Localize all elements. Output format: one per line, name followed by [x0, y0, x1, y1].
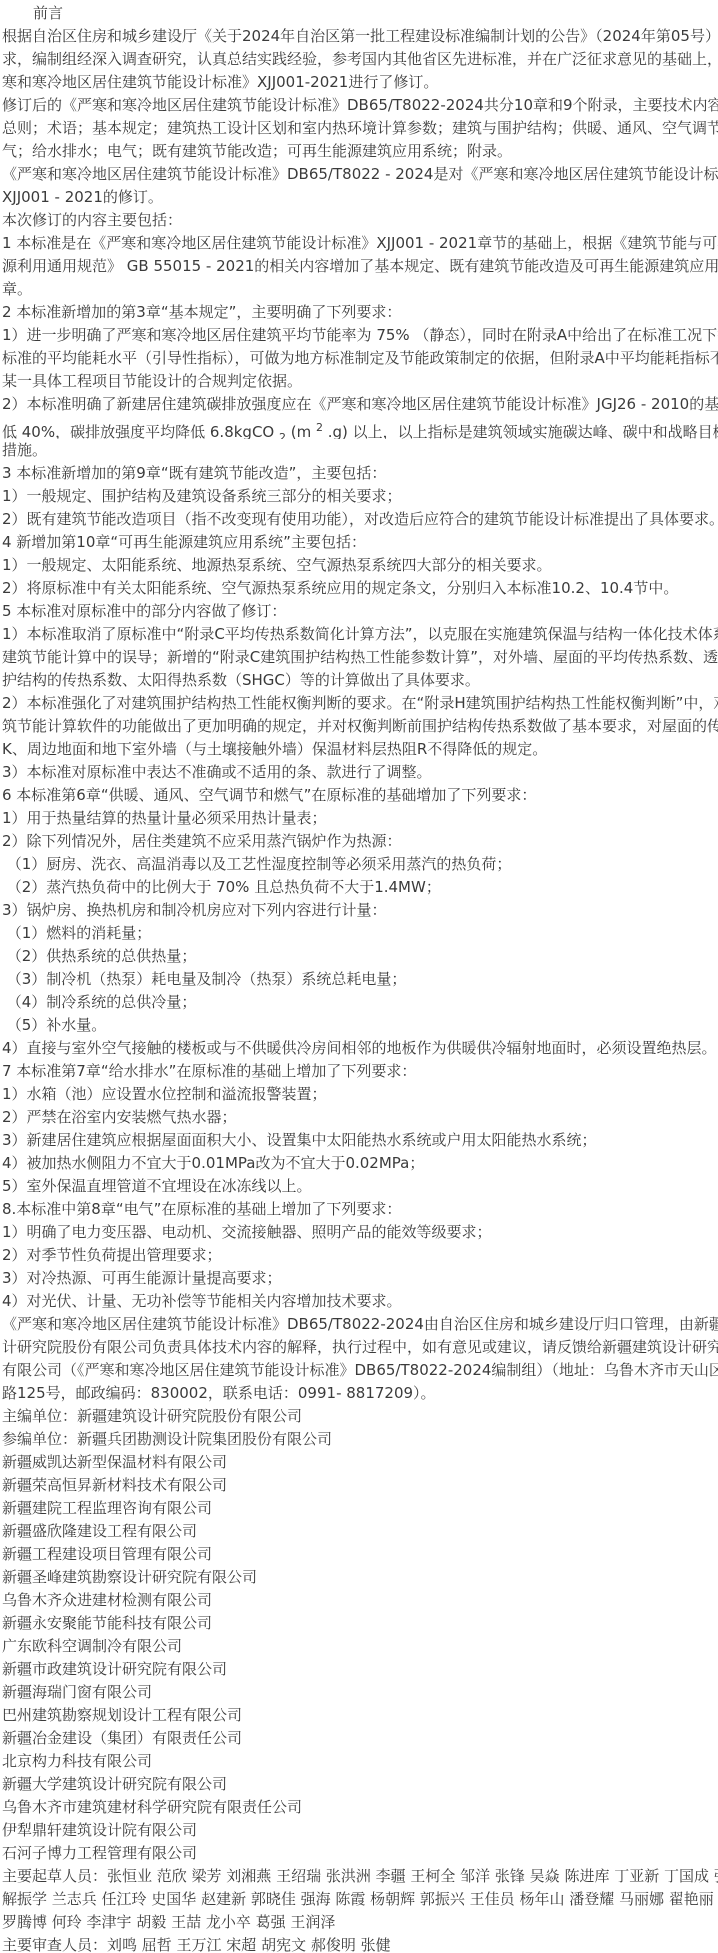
page-title: 前言	[2, 2, 718, 25]
text-line: K、周边地面和地下室外墙（与土壤接触外墙）保温材料层热阻R不得降低的规定。	[2, 738, 718, 761]
text-line: 4 新增加第10章“可再生能源建筑应用系统”主要包括：	[2, 531, 718, 554]
text-line: 章。	[2, 278, 718, 301]
text-segment: 低 40%，碳排放强度平均降低 6.8kgCO	[2, 423, 279, 439]
text-line: 根据自治区住房和城乡建设厅《关于2024年自治区第一批工程建设标准编制计划的公告…	[2, 25, 718, 48]
text-line: 1 本标准是在《严寒和寒冷地区居住建筑节能设计标准》XJJ001 - 2021章…	[2, 232, 718, 255]
text-line: 求，编制组经深入调查研究，认真总结实践经验，参考国内其他省区先进标准，并在广泛征…	[2, 48, 718, 71]
text-line: 新疆盛欣隆建设工程有限公司	[2, 1520, 718, 1543]
document-body: 根据自治区住房和城乡建设厅《关于2024年自治区第一批工程建设标准编制计划的公告…	[2, 25, 718, 1953]
text-line: 罗腾博 何玲 李津宇 胡毅 王喆 龙小卒 葛强 王润泽	[2, 1911, 718, 1934]
text-line: 气；给水排水；电气；既有建筑节能改造；可再生能源建筑应用系统；附录。	[2, 140, 718, 163]
text-line: 标准的平均能耗水平（引导性指标），可做为地方标准制定及节能政策制定的依据，但附录…	[2, 347, 718, 370]
text-line: XJJ001 - 2021的修订。	[2, 186, 718, 209]
text-line: 新疆永安聚能节能科技有限公司	[2, 1612, 718, 1635]
text-line: 3）对冷热源、可再生能源计量提高要求；	[2, 1267, 718, 1290]
text-line: 2）除下列情况外，居住类建筑不应采用蒸汽锅炉作为热源：	[2, 830, 718, 853]
text-line: 某一具体工程项目节能设计的合规判定依据。	[2, 370, 718, 393]
text-line: 主编单位：新疆建筑设计研究院股份有限公司	[2, 1405, 718, 1428]
text-line: 乌鲁木齐市建筑建材科学研究院有限责任公司	[2, 1796, 718, 1819]
text-line: 伊犁鼎轩建筑设计院有限公司	[2, 1819, 718, 1842]
text-line: 4）直接与室外空气接触的楼板或与不供暖供冷房间相邻的地板作为供暖供冷辐射地面时，…	[2, 1037, 718, 1060]
text-line: （1）燃料的消耗量；	[2, 922, 718, 945]
text-line: 源利用通用规范》 GB 55015 - 2021的相关内容增加了基本规定、既有建…	[2, 255, 718, 278]
text-segment: .g) 以上，以上指标是建筑领域实施碳达峰、碳中和战略目标的主要	[323, 423, 718, 439]
text-line: 新疆大学建筑设计研究院有限公司	[2, 1773, 718, 1796]
text-line: 7 本标准第7章“给水排水”在原标准的基础上增加了下列要求：	[2, 1060, 718, 1083]
text-line: 本次修订的内容主要包括：	[2, 209, 718, 232]
text-line: 新疆建院工程监理咨询有限公司	[2, 1497, 718, 1520]
text-line: （2）供热系统的总供热量；	[2, 945, 718, 968]
text-line: 3）新建居住建筑应根据屋面面积大小、设置集中太阳能热水系统或户用太阳能热水系统；	[2, 1129, 718, 1152]
text-line: 护结构的传热系数、太阳得热系数（SHGC）等的计算做出了具体要求。	[2, 669, 718, 692]
text-line: 1）明确了电力变压器、电动机、交流接触器、照明产品的能效等级要求；	[2, 1221, 718, 1244]
text-line: 石河子博力工程管理有限公司	[2, 1842, 718, 1865]
text-line: （4）制冷系统的总供冷量；	[2, 991, 718, 1014]
text-line: 北京构力科技有限公司	[2, 1750, 718, 1773]
text-line: 主要起草人员：张恒业 范欣 梁芳 刘湘燕 王绍瑞 张洪洲 李疆 王柯全 邹洋 张…	[2, 1865, 718, 1888]
text-line: 5）室外保温直埋管道不宜埋设在冰冻线以上。	[2, 1175, 718, 1198]
text-line: 乌鲁木齐众进建材检测有限公司	[2, 1589, 718, 1612]
text-line: 2）既有建筑节能改造项目（指不改变现有使用功能），对改造后应符合的建筑节能设计标…	[2, 508, 718, 531]
text-line: 1）水箱（池）应设置水位控制和溢流报警装置；	[2, 1083, 718, 1106]
text-line: 4）对光伏、计量、无功补偿等节能相关内容增加技术要求。	[2, 1290, 718, 1313]
text-line: 8.本标准中第8章“电气”在原标准的基础上增加了下列要求：	[2, 1198, 718, 1221]
text-line: 2）本标准明确了新建居住建筑碳排放强度应在《严寒和寒冷地区居住建筑节能设计标准》…	[2, 393, 718, 416]
text-line: （5）补水量。	[2, 1014, 718, 1037]
text-line: 新疆工程建设项目管理有限公司	[2, 1543, 718, 1566]
text-line: 建筑节能计算中的误导；新增的“附录C建筑围护结构热工性能参数计算”，对外墙、屋面…	[2, 646, 718, 669]
text-line: 4）被加热水侧阻力不宜大于0.01MPa改为不宜大于0.02MPa；	[2, 1152, 718, 1175]
text-line: 3）锅炉房、换热机房和制冷机房应对下列内容进行计量：	[2, 899, 718, 922]
text-line: 参编单位：新疆兵团勘测设计院集团股份有限公司	[2, 1428, 718, 1451]
text-line: 2 本标准新增加的第3章“基本规定”，主要明确了下列要求：	[2, 301, 718, 324]
text-line: 新疆市政建筑设计研究院有限公司	[2, 1658, 718, 1681]
text-segment: (m	[286, 423, 316, 439]
text-line: 新疆荣高恒昇新材料技术有限公司	[2, 1474, 718, 1497]
text-line: 总则；术语；基本规定；建筑热工设计区划和室内热环境计算参数；建筑与围护结构；供暖…	[2, 117, 718, 140]
text-line: 2）本标准强化了对建筑围护结构热工性能权衡判断的要求。在“附录H建筑围护结构热工…	[2, 692, 718, 715]
text-line: 3）本标准对原标准中表达不准确或不适用的条、款进行了调整。	[2, 761, 718, 784]
subscript-text: 2	[279, 431, 286, 439]
text-line: 新疆冶金建设（集团）有限责任公司	[2, 1727, 718, 1750]
text-line: 寒和寒冷地区居住建筑节能设计标准》XJJ001-2021进行了修订。	[2, 71, 718, 94]
text-line: 2）对季节性负荷提出管理要求；	[2, 1244, 718, 1267]
superscript-text: 2	[316, 421, 323, 434]
text-line: 解振学 兰志兵 任江玲 史国华 赵建新 郭晓佳 强海 陈霞 杨朝辉 郭振兴 王佳…	[2, 1888, 718, 1911]
text-line: 1）一般规定、围护结构及建筑设备系统三部分的相关要求；	[2, 485, 718, 508]
text-line: （2）蒸汽热负荷中的比例大于 70% 且总热负荷不大于1.4MW；	[2, 876, 718, 899]
document-page: 前言 根据自治区住房和城乡建设厅《关于2024年自治区第一批工程建设标准编制计划…	[0, 0, 718, 1953]
text-line: 1）用于热量结算的热量计量必须采用热计量表；	[2, 807, 718, 830]
text-line: 广东欧科空调制冷有限公司	[2, 1635, 718, 1658]
text-line: 有限公司（《严寒和寒冷地区居住建筑节能设计标准》DB65/T8022-2024编…	[2, 1359, 718, 1382]
text-line: 1）一般规定、太阳能系统、地源热泵系统、空气源热泵系统四大部分的相关要求。	[2, 554, 718, 577]
text-line: 路125号，邮政编码：830002，联系电话：0991- 8817209）。	[2, 1382, 718, 1405]
text-line: 5 本标准对原标准中的部分内容做了修订：	[2, 600, 718, 623]
text-line: 2）将原标准中有关太阳能系统、空气源热泵系统应用的规定条文，分别归入本标准10.…	[2, 577, 718, 600]
text-line: 1）进一步明确了严寒和寒冷地区居住建筑平均节能率为 75% （静态），同时在附录…	[2, 324, 718, 347]
text-line: （1）厨房、洗衣、高温消毒以及工艺性湿度控制等必须采用蒸汽的热负荷；	[2, 853, 718, 876]
text-line: 计研究院股份有限公司负责具体技术内容的解释，执行过程中，如有意见或建议，请反馈给…	[2, 1336, 718, 1359]
text-line: 巴州建筑勘察规划设计工程有限公司	[2, 1704, 718, 1727]
text-line: 2）严禁在浴室内安装燃气热水器；	[2, 1106, 718, 1129]
text-line: 新疆圣峰建筑勘察设计研究院有限公司	[2, 1566, 718, 1589]
text-line: 《严寒和寒冷地区居住建筑节能设计标准》DB65/T8022 - 2024是对《严…	[2, 163, 718, 186]
text-line: 措施。	[2, 439, 718, 462]
text-line: 1）本标准取消了原标准中“附录C平均传热系数简化计算方法”，以克服在实施建筑保温…	[2, 623, 718, 646]
text-line: （3）制冷机（热泵）耗电量及制冷（热泵）系统总耗电量；	[2, 968, 718, 991]
text-line: 《严寒和寒冷地区居住建筑节能设计标准》DB65/T8022-2024由自治区住房…	[2, 1313, 718, 1336]
text-line: 新疆威凯达新型保温材料有限公司	[2, 1451, 718, 1474]
text-line: 低 40%，碳排放强度平均降低 6.8kgCO 2 (m 2 .g) 以上，以上…	[2, 416, 718, 439]
text-line: 新疆海瑞门窗有限公司	[2, 1681, 718, 1704]
text-line: 6 本标准第6章“供暖、通风、空气调节和燃气”在原标准的基础增加了下列要求：	[2, 784, 718, 807]
text-line: 筑节能计算软件的功能做出了更加明确的规定，并对权衡判断前围护结构传热系数做了基本…	[2, 715, 718, 738]
text-line: 修订后的《严寒和寒冷地区居住建筑节能设计标准》DB65/T8022-2024共分…	[2, 94, 718, 117]
text-line: 3 本标准新增加的第9章“既有建筑节能改造”，主要包括：	[2, 462, 718, 485]
text-line: 主要审查人员：刘鸣 屈哲 王万江 宋超 胡宪文 郝俊明 张健	[2, 1934, 718, 1953]
